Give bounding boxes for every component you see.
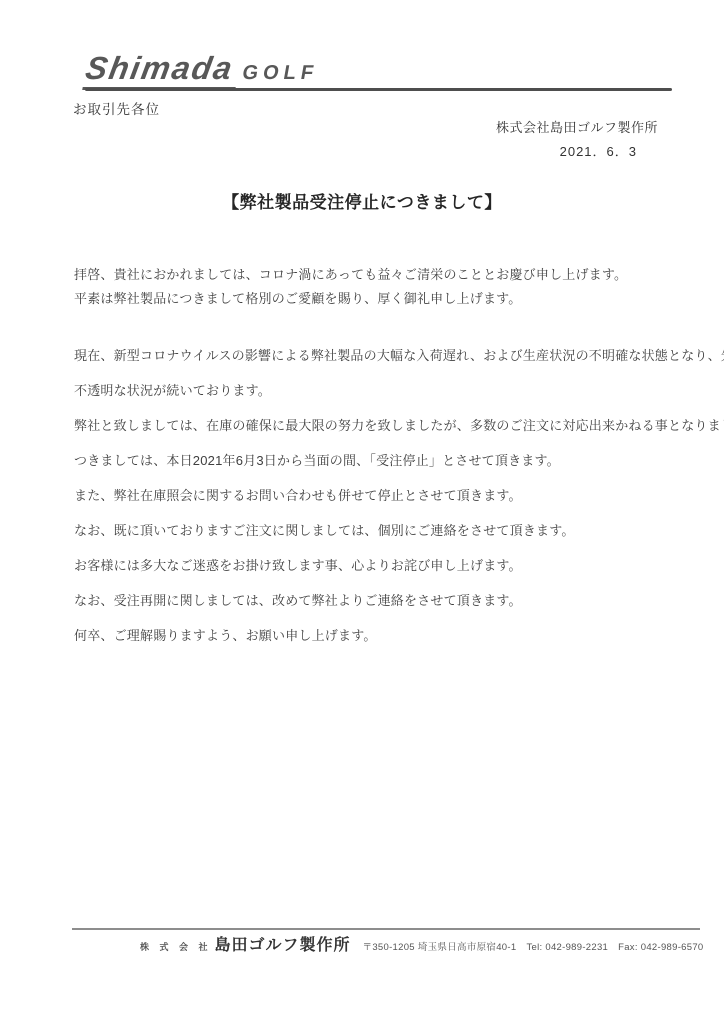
body-line-existing-orders: なお、既に頂いておりますご注文に関しましては、個別にご連絡をさせて頂きます。 — [74, 522, 668, 539]
body-line-resume-notice: なお、受注再開に関しましては、改めて弊社よりご連絡をさせて頂きます。 — [74, 592, 668, 609]
footer-phone: Tel: 042-989-2231 — [526, 942, 608, 953]
sender-block: 株式会社島田ゴルフ製作所 2021．6．3 — [496, 117, 658, 160]
body-line-effort: 弊社と致しましては、在庫の確保に最大限の努力を致しましたが、多数のご注文に対応出… — [74, 417, 668, 434]
body-line-closing: 何卒、ご理解賜りますよう、お願い申し上げます。 — [74, 627, 668, 644]
header-divider-line — [85, 88, 672, 91]
body-line-greeting-2: 平素は弊社製品につきまして格別のご愛顧を賜り、厚く御礼申し上げます。 — [74, 290, 668, 307]
body-line-situation-2: 不透明な状況が続いております。 — [74, 382, 668, 399]
body-line-apology: お客様には多大なご迷惑をお掛け致します事、心よりお詫び申し上げます。 — [74, 557, 668, 574]
footer-company-block: 株 式 会 社 島田ゴルフ製作所 〒350-1205 埼玉県日高市原宿40-1 … — [140, 932, 704, 955]
body-line-situation-1: 現在、新型コロナウイルスの影響による弊社製品の大幅な入荷遅れ、および生産状況の不… — [74, 347, 668, 364]
footer-address: 〒350-1205 埼玉県日高市原宿40-1 — [363, 939, 517, 953]
body-line-inquiry-stop: また、弊社在庫照会に関するお問い合わせも併せて停止とさせて頂きます。 — [74, 487, 668, 504]
footer-fax: Fax: 042-989-6570 — [618, 942, 703, 953]
body-line-stop-notice: つきましては、本日2021年6月3日から当面の間、「受注停止」とさせて頂きます。 — [74, 452, 668, 469]
letter-body: 拝啓、貴社におかれましては、コロナ渦にあっても益々ご清栄のこととお慶び申し上げま… — [74, 266, 668, 644]
footer-company-logotype: 島田ゴルフ製作所 — [215, 932, 351, 955]
logo-suffix-text: GOLF — [241, 62, 320, 84]
letter-title: 【弊社製品受注停止につきまして】 — [0, 188, 724, 213]
sender-company-name: 株式会社島田ゴルフ製作所 — [496, 117, 658, 136]
shimada-golf-logo: ShimadaGOLF — [83, 50, 322, 87]
logo-brand-text: Shimada — [82, 50, 242, 90]
footer-company-prefix: 株 式 会 社 — [140, 940, 212, 953]
body-line-greeting-1: 拝啓、貴社におかれましては、コロナ渦にあっても益々ご清栄のこととお慶び申し上げま… — [74, 266, 668, 283]
scanned-letter-page: ShimadaGOLF お取引先各位 株式会社島田ゴルフ製作所 2021．6．3… — [0, 0, 724, 1024]
recipient-line: お取引先各位 — [73, 98, 160, 118]
footer-divider-line — [72, 928, 700, 930]
letter-date: 2021．6．3 — [496, 141, 637, 160]
